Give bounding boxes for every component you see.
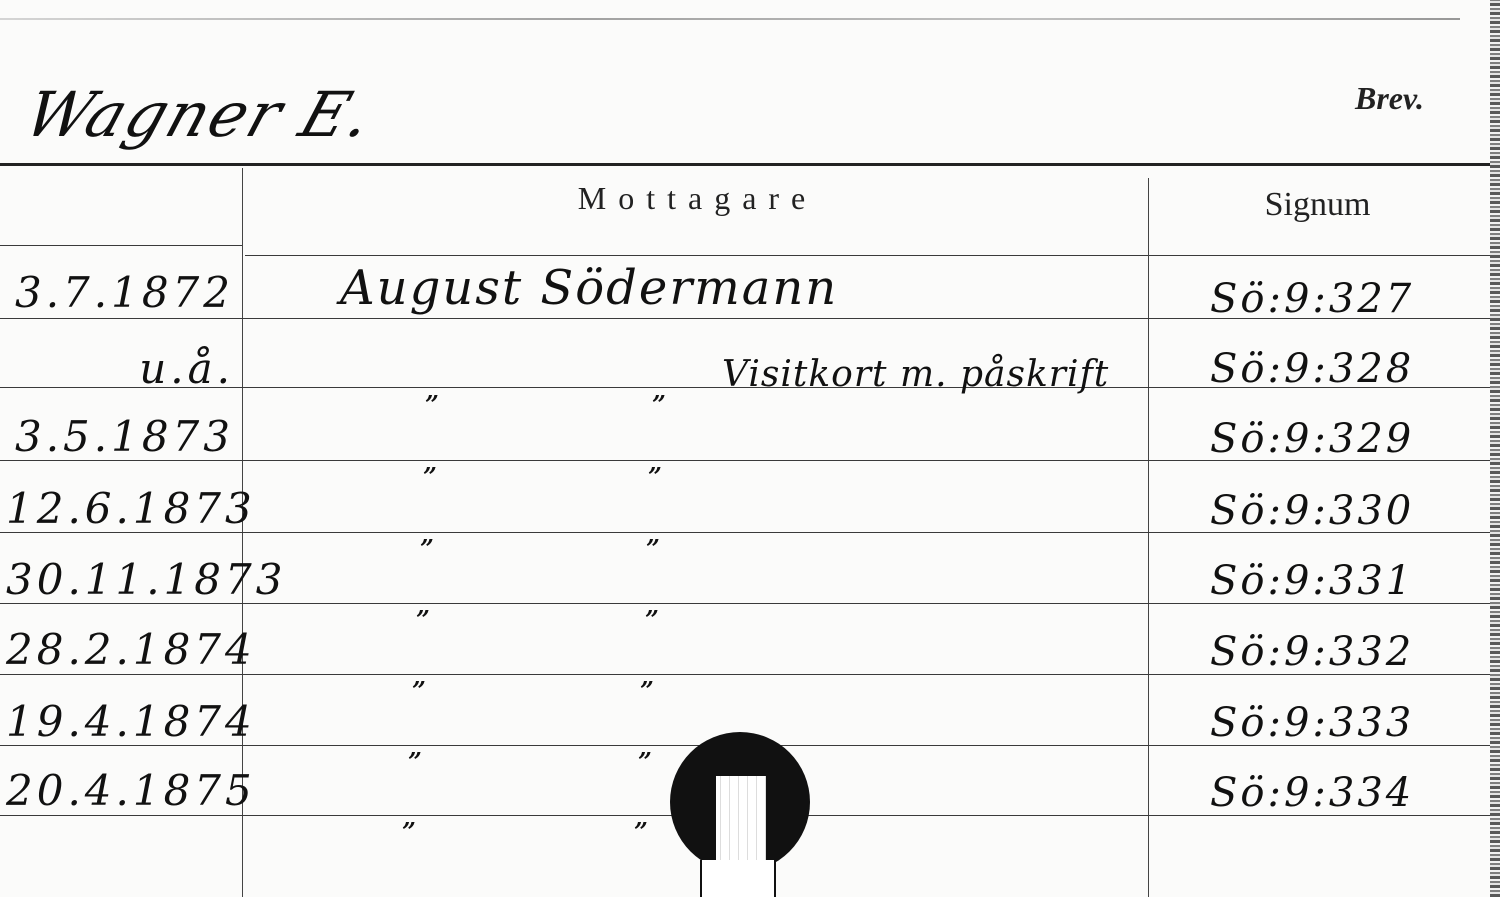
ditto-mark: ” <box>648 462 662 491</box>
ditto-mark: ” <box>652 390 666 419</box>
row-date: 30.11.1873 <box>6 555 234 604</box>
header-rule <box>0 163 1490 166</box>
row-signum: Sö:9:327 <box>1210 276 1414 322</box>
ditto-mark: ” <box>640 676 654 705</box>
row-signum: Sö:9:328 <box>1210 346 1414 392</box>
ditto-mark: ” <box>423 462 437 491</box>
row-signum: Sö:9:329 <box>1210 416 1414 462</box>
row-rule <box>0 245 242 246</box>
punch-hole-neck <box>700 860 776 897</box>
recipient-column-header: Mottagare <box>245 180 1150 217</box>
ditto-mark: ” <box>646 534 660 563</box>
row-date: 12.6.1873 <box>6 484 234 533</box>
row-recipient: August Södermann <box>340 260 838 316</box>
ditto-mark: ” <box>412 676 426 705</box>
card-top-edge <box>0 18 1460 20</box>
card-right-edge <box>1490 0 1500 897</box>
row-signum: Sö:9:331 <box>1210 558 1414 604</box>
row-date: 3.7.1872 <box>6 268 234 317</box>
ditto-mark: ” <box>416 605 430 634</box>
row-signum: Sö:9:332 <box>1210 629 1414 675</box>
signum-column-divider <box>1148 178 1149 897</box>
row-signum: Sö:9:330 <box>1210 488 1414 534</box>
row-date: 28.2.1874 <box>6 625 234 674</box>
row-date: 19.4.1874 <box>6 697 234 746</box>
row-signum: Sö:9:334 <box>1210 770 1414 816</box>
ditto-mark: ” <box>645 605 659 634</box>
card-category-label: Brev. <box>1355 80 1424 117</box>
row-date: 3.5.1873 <box>6 412 234 461</box>
signum-column-header: Signum <box>1150 186 1485 224</box>
ditto-mark: ” <box>420 534 434 563</box>
column-header-rule <box>245 255 1490 256</box>
row-signum: Sö:9:333 <box>1210 700 1414 746</box>
ditto-mark: ” <box>634 817 648 846</box>
row-note: Visitkort m. påskrift <box>722 354 1109 395</box>
row-date: u.å. <box>6 344 234 393</box>
row-date: 20.4.1875 <box>6 766 234 815</box>
ditto-mark: ” <box>638 747 652 776</box>
ditto-mark: ” <box>408 747 422 776</box>
ditto-mark: ” <box>402 817 416 846</box>
index-card: Wagner E. Brev. Mottagare Signum 3.7.187… <box>0 0 1500 897</box>
card-name-handwritten: Wagner E. <box>16 78 384 151</box>
ditto-mark: ” <box>425 390 439 419</box>
